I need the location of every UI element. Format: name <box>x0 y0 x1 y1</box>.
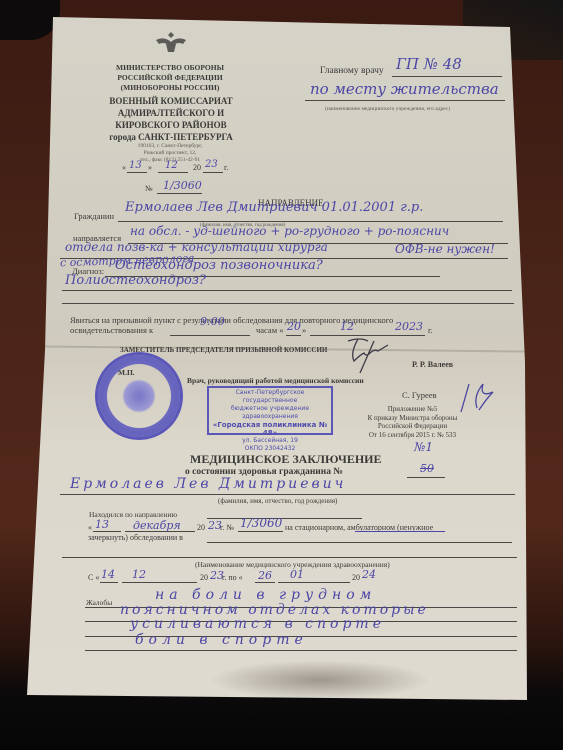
deputy-name: Р. Р. Валеев <box>412 360 453 369</box>
conclusion-number-struck: 50 <box>420 462 434 475</box>
doctor-name: С. Гуреев <box>402 390 437 400</box>
citizen-label: Гражданин <box>74 211 114 221</box>
referral-number: 1/3060 <box>240 516 282 530</box>
document-sheet: МИНИСТЕРСТВО ОБОРОНЫ РОССИЙСКОЙ ФЕДЕРАЦИ… <box>0 0 563 750</box>
conclusion-patient-name: Ермолаев Лев Дмитриевич <box>70 476 346 492</box>
stamp-clinic-name: «Городская поликлиника № 48» <box>209 421 331 437</box>
referral-day: 13 <box>95 518 109 531</box>
military-commissariat-seal <box>95 352 183 440</box>
directed-value: ОФВ-не нужен! <box>395 242 495 256</box>
stamp-text: ул. Бассейная, 19 <box>209 437 331 445</box>
appendix-line: К приказу Министра обороны <box>345 414 480 423</box>
period-from-label: С « <box>88 573 99 582</box>
outgoing-date-month: 12 <box>165 160 178 171</box>
period-from-year-prefix: 20 <box>200 573 208 582</box>
appear-month: 12 <box>340 320 354 333</box>
referral-mode: зачеркнуть) обследовании в <box>88 533 183 542</box>
directed-value: отдела позв-ка + консультации хирурга <box>65 240 328 254</box>
appendix-line: Российской Федерации <box>345 422 480 431</box>
address-line: Рижский проспект, 12, <box>115 150 225 157</box>
period-to-label: г. по « <box>222 573 243 582</box>
referral-quote: « <box>88 523 92 532</box>
appear-hour: 9:00 <box>200 315 225 328</box>
seal-eagle-icon <box>122 379 156 413</box>
appear-year: 2023 <box>395 320 423 333</box>
commissariat-name: КИРОВСКОГО РАЙОНОВ <box>100 119 242 131</box>
appear-hour-label: часам « <box>256 325 283 335</box>
complaints-text: усиливаются в спорте <box>130 616 385 632</box>
outgoing-number: 1/3060 <box>163 179 202 192</box>
name-caption: (фамилия, имя, отчество, год рождения) <box>218 497 337 505</box>
clinic-stamp: Санкт-Петербургское государственное бюдж… <box>207 386 333 435</box>
appear-instruction: освидетельствования к <box>70 325 153 335</box>
institution-value: по месту жительства <box>310 80 499 98</box>
conclusion-title: МЕДИЦИНСКОЕ ЗАКЛЮЧЕНИЕ <box>190 452 382 467</box>
commissariat-name: города САНКТ-ПЕТЕРБУРГА <box>100 131 242 143</box>
period-from-month: 12 <box>132 568 146 581</box>
addressee-label: Главному врачу <box>320 66 384 76</box>
addressee-value: ГП № 48 <box>396 55 462 73</box>
date-quote: » <box>148 163 152 172</box>
number-label: № <box>145 184 153 193</box>
referral-number-label: г. № <box>220 523 234 532</box>
complaints-label: Жалобы <box>86 598 112 607</box>
ministry-name: РОССИЙСКОЙ ФЕДЕРАЦИИ <box>110 73 230 83</box>
ministry-name: (МИНОБОРОНЫ РОССИИ) <box>110 83 230 93</box>
referral-year-prefix: 20 <box>197 523 205 532</box>
outgoing-date-year: 23 <box>205 159 218 170</box>
date-year-prefix: 20 <box>193 163 201 172</box>
doctor-title: Врач, руководящий работой медицинской ко… <box>187 376 364 385</box>
complaints-text: боли в спорте <box>135 632 308 648</box>
appendix-line: От 16 сентября 2015 г. № 533 <box>345 431 480 440</box>
commissariat-name: ВОЕННЫЙ КОМИССАРИАТ <box>100 95 242 107</box>
conclusion-number-new: №1 <box>414 440 433 454</box>
institution-caption: (наименование медицинского учреждения, е… <box>325 106 450 112</box>
directed-value: на обсл. - уд-шейного + ро-грудного + ро… <box>130 224 449 238</box>
period-to-month: 01 <box>290 568 304 581</box>
stamp-text: бюджетное учреждение здравоохранения <box>209 405 331 421</box>
period-to-day: 26 <box>258 569 272 582</box>
period-to-year-prefix: 20 <box>352 573 360 582</box>
ministry-name: МИНИСТЕРСТВО ОБОРОНЫ <box>110 63 230 73</box>
appear-day-quote: » <box>302 325 306 335</box>
background-dark-object <box>0 0 60 40</box>
period-from-day: 14 <box>101 568 115 581</box>
outgoing-date-day: 13 <box>129 160 142 171</box>
phone-shadow <box>210 660 430 700</box>
stamp-text: Санкт-Петербургское государственное <box>209 389 331 405</box>
date-quote: « <box>122 163 126 172</box>
appendix-line: Приложение №5 <box>345 405 480 414</box>
period-to-year: 24 <box>362 568 376 581</box>
appear-year-g: г. <box>428 325 433 335</box>
address-line: 190103, г. Санкт-Петербург, <box>115 143 225 150</box>
deputy-signature-icon <box>340 335 395 375</box>
citizen-value: Ермолаев Лев Дмитриевич 01.01.2001 г.р. <box>125 200 423 215</box>
commissariat-name: АДМИРАЛТЕЙСКОГО И <box>100 107 242 119</box>
date-year-suffix: г. <box>224 163 228 172</box>
diagnosis-value: Полиостеохондроз? <box>65 273 206 288</box>
appear-day: 20 <box>287 320 301 333</box>
diagnosis-value: Остеохондроз позвоночника? <box>115 258 323 273</box>
russian-eagle-emblem-icon <box>152 30 190 56</box>
complaints-text: на боли в грудном <box>155 587 376 603</box>
referral-month: декабря <box>133 519 181 532</box>
